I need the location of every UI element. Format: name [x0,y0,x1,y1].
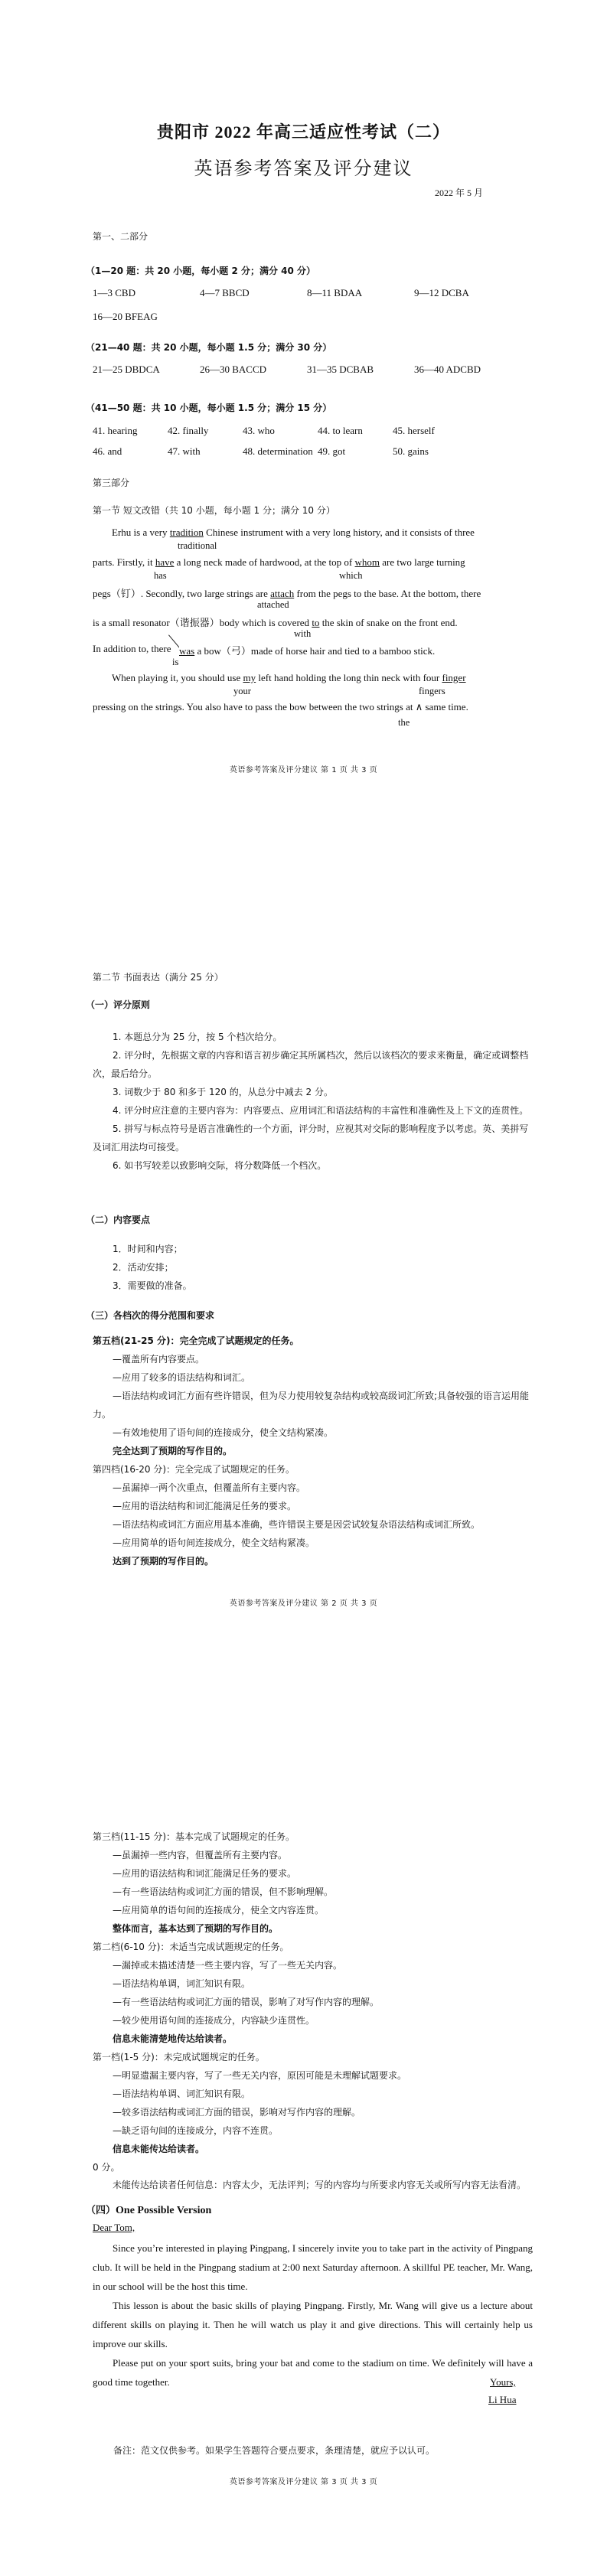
tier-title: 第一档(1-5 分)：未完成试题规定的任务。 [93,2048,533,2066]
sample-note: 备注：范文仅供参考。如果学生答题符合要点要求，条理清楚，就应予以认可。 [113,2441,435,2460]
tier-title: 第四档(16-20 分)：完全完成了试题规定的任务。 [93,1460,533,1479]
group2-label: （21—40 题：共 20 小题，每小题 1.5 分；满分 30 分） [86,341,331,354]
answer-47: 47. with [168,445,201,458]
sample-salutation: Dear Tom, [93,2222,135,2234]
sample-closing: Yours, [490,2376,516,2389]
correction-word: fingers [419,686,445,697]
tier-bullet: —应用简单的语句间的连接成分，使全文内容连贯。 [93,1901,533,1919]
group1-label: （1—20 题：共 20 小题，每小题 2 分；满分 40 分） [86,264,315,277]
tier-bullet: —有一些语法结构或词汇方面的错误，但不影响理解。 [93,1883,533,1901]
principle-item: 4. 评分时应注意的主要内容为：内容要点、应用词汇和语法结构的丰富性和准确性及上… [93,1101,533,1120]
principle-item: 6. 如书写较差以致影响交际，将分数降低一个档次。 [93,1156,533,1175]
tier-bullet: —较多语法结构或词汇方面的错误，影响对写作内容的理解。 [93,2103,533,2121]
tier-bullet: —较少使用语句间的连接成分，内容缺少连贯性。 [93,2011,533,2030]
error-word: finger [442,672,465,683]
answer-9-12: 9—12 DCBA [414,287,469,299]
answer-36-40: 36—40 ADCBD [414,364,481,376]
tier-bullet: —应用的语法结构和词汇能满足任务的要求。 [93,1497,533,1515]
essay-paragraph: Since you’re interested in playing Pingp… [93,2239,533,2296]
tier-bullet: —缺乏语句间的连接成分，内容不连贯。 [93,2121,533,2140]
principles-list: 1. 本题总分为 25 分，按 5 个档次给分。 2. 评分时，先根据文章的内容… [93,1028,533,1175]
tier-zero-title: 0 分。 [93,2158,533,2177]
sample-heading: （四）One Possible Version [86,2202,211,2217]
tier-bullet: —明显遗漏主要内容，写了一些无关内容，原因可能是未理解试题要求。 [93,2066,533,2085]
passage-line-2: parts. Firstly, it have a long neck made… [93,556,465,569]
answer-31-35: 31—35 DCBAB [307,364,374,376]
error-word: have [155,556,175,568]
tier-summary: 信息未能传达给读者。 [93,2140,533,2158]
document-title: 英语参考答案及评分建议 [0,153,607,180]
answer-42: 42. finally [168,425,208,437]
passage-line-3: pegs（钉）. Secondly, two large strings are… [93,585,481,600]
answer-41: 41. hearing [93,425,137,437]
group1-answers-row1: 1—3 CBD 4—7 BBCD 8—11 BDAA 9—12 DCBA [93,287,537,302]
answer-4-7: 4—7 BBCD [200,287,250,299]
passage-line-7: pressing on the strings. You also have t… [93,701,468,713]
answer-43: 43. who [243,425,275,437]
passage-line-1: Erhu is a very tradition Chinese instrum… [112,527,475,539]
page-footer-2: 英语参考答案及评分建议 第 2 页 共 3 页 [0,1596,607,1608]
correction-word: the [398,717,410,729]
tier-bullet: —应用了较多的语法结构和词汇。 [93,1368,533,1387]
group3-label: （41—50 题：共 10 小题，每小题 1.5 分；满分 15 分） [86,401,331,414]
sample-signature: Li Hua [488,2394,516,2406]
tier-bullet: —语法结构单调、词汇知识有限。 [93,2085,533,2103]
tier-summary: 整体而言，基本达到了预期的写作目的。 [93,1919,533,1938]
key-point-item: 1．时间和内容； [93,1240,533,1258]
tier-zero-text: 未能传达给读者任何信息：内容太少，无法评判；写的内容均与所要求内容无关或所写内容… [93,2177,533,2193]
key-points-list: 1．时间和内容； 2．活动安排； 3．需要做的准备。 [93,1240,533,1295]
group3-answers-row1: 41. hearing 42. finally 43. who 44. to l… [93,425,537,440]
principle-item: 1. 本题总分为 25 分，按 5 个档次给分。 [93,1028,533,1046]
page-footer-1: 英语参考答案及评分建议 第 1 页 共 3 页 [0,763,607,774]
tier-bullet: —语法结构单调，词汇知识有限。 [93,1974,533,1993]
passage-line-4: is a small resonator（谐振器）body which is c… [93,615,458,629]
essay-paragraph: This lesson is about the basic skills of… [93,2296,533,2353]
answer-46: 46. and [93,445,122,458]
error-word: my [243,672,256,683]
key-points-heading: （二）内容要点 [86,1213,150,1226]
error-word: whom [355,556,380,568]
tier-5: 第五档(21-25 分)：完全完成了试题规定的任务。 —覆盖所有内容要点。 —应… [93,1332,533,1570]
error-word: was [179,645,194,657]
answer-26-30: 26—30 BACCD [200,364,266,376]
tier-bullet: —覆盖所有内容要点。 [93,1350,533,1368]
correction-word: traditional [178,540,217,552]
passage-line-6: When playing it, you should use my left … [112,672,466,684]
principle-item: 5. 拼写与标点符号是语言准确性的一个方面，评分时，应视其对交际的影响程度予以考… [93,1120,533,1156]
insert-caret: ∧ [416,701,423,712]
tier-title: 第三档(11-15 分)：基本完成了试题规定的任务。 [93,1828,533,1846]
tier-bullet: —语法结构或词汇方面应用基本准确，些许错误主要是因尝试较复杂语法结构或词汇所致。 [93,1515,533,1534]
page-footer-3: 英语参考答案及评分建议 第 3 页 共 3 页 [0,2475,607,2486]
tier-summary: 达到了预期的写作目的。 [93,1552,533,1570]
tier-title: 第五档(21-25 分)：完全完成了试题规定的任务。 [93,1332,533,1350]
correction-word: your [233,686,251,697]
answer-49: 49. got [318,445,345,458]
passage-line-5-rest: was a bow（弓）made of horse hair and tied … [179,643,435,657]
principles-heading: （一）评分原则 [86,998,150,1011]
correction-word: which [339,570,363,582]
tier-bullet: —有效地使用了语句间的连接成分，使全文结构紧凑。 [93,1423,533,1442]
answer-8-11: 8—11 BDAA [307,287,362,299]
tier-bullet: —语法结构或词汇方面有些许错误，但为尽力使用较复杂结构或较高级词汇所致;具备较强… [93,1387,533,1423]
tier-summary: 完全达到了预期的写作目的。 [93,1442,533,1460]
error-word: tradition [170,527,204,538]
exam-title: 贵阳市 2022 年高三适应性考试（二） [0,119,607,143]
answer-16-20: 16—20 BFEAG [93,311,158,323]
correction-word: attached [257,599,289,611]
essay-paragraph: Please put on your sport suits, bring yo… [93,2353,533,2392]
tier-bullet: —有一些语法结构或词汇方面的错误，影响了对写作内容的理解。 [93,1993,533,2011]
answer-48: 48. determination [243,445,313,458]
answer-1-3: 1—3 CBD [93,287,135,299]
principle-item: 2. 评分时，先根据文章的内容和语言初步确定其所属档次，然后以该档次的要求来衡量… [93,1046,533,1083]
tier-title: 第二档(6-10 分)：未适当完成试题规定的任务。 [93,1938,533,1956]
tier-bullet: —虽漏掉一两个次重点，但覆盖所有主要内容。 [93,1479,533,1497]
group1-answers-row2: 16—20 BFEAG [93,311,537,326]
tier-bullet: —漏掉或未描述清楚一些主要内容，写了一些无关内容。 [93,1956,533,1974]
tier-bullet: —应用的语法结构和词汇能满足任务的要求。 [93,1864,533,1883]
correction-word: has [154,570,167,582]
tier-bullet: —应用简单的语句间连接成分，使全文结构紧凑。 [93,1534,533,1552]
answer-45: 45. herself [393,425,435,437]
sample-essay: Since you’re interested in playing Pingp… [93,2239,533,2392]
tiers-3-to-1: 第三档(11-15 分)：基本完成了试题规定的任务。 —虽漏掉一些内容，但覆盖所… [93,1828,533,2193]
tier-summary: 信息未能清楚地传达给读者。 [93,2030,533,2048]
key-point-item: 2．活动安排； [93,1258,533,1277]
part12-heading: 第一、二部分 [93,230,148,243]
error-word: to [312,617,319,628]
correction-word: with [294,628,311,640]
key-point-item: 3．需要做的准备。 [93,1277,533,1295]
principle-item: 3. 词数少于 80 和多于 120 的，从总分中减去 2 分。 [93,1083,533,1101]
passage-line-5: In addition to, there [93,643,171,655]
answer-44: 44. to learn [318,425,363,437]
answer-21-25: 21—25 DBDCA [93,364,160,376]
correction-word: is [172,657,178,668]
error-word: attach [270,588,294,599]
levels-heading: （三）各档次的得分范围和要求 [86,1309,214,1322]
group3-answers-row2: 46. and 47. with 48. determination 49. g… [93,445,537,461]
writing-heading: 第二节 书面表达（满分 25 分） [93,970,224,983]
tier-bullet: —虽漏掉一些内容，但覆盖所有主要内容。 [93,1846,533,1864]
part3-heading: 第三部分 [93,476,129,489]
group2-answers: 21—25 DBDCA 26—30 BACCD 31—35 DCBAB 36—4… [93,364,537,379]
error-correction-heading: 第一节 短文改错（共 10 小题，每小题 1 分；满分 10 分） [93,504,335,517]
answer-50: 50. gains [393,445,429,458]
document-date: 2022 年 5 月 [435,186,483,199]
